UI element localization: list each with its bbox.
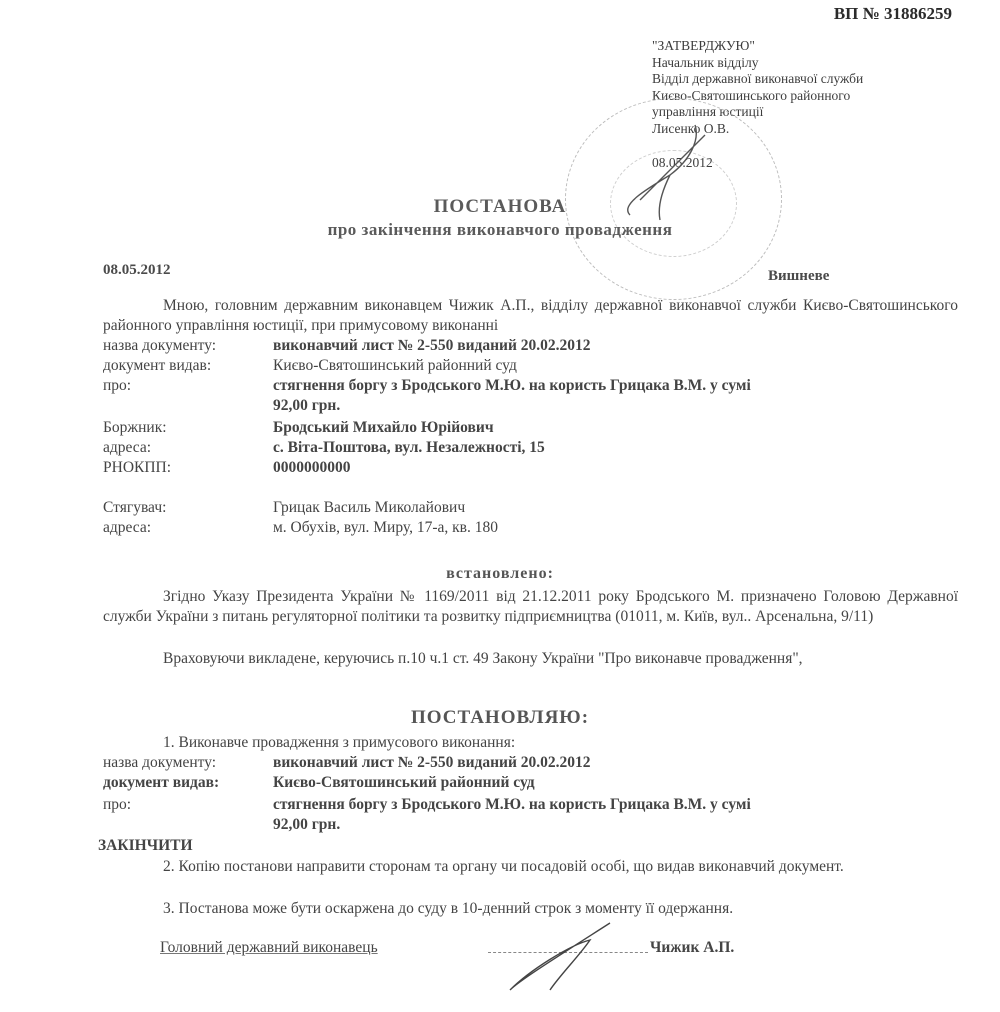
intro-paragraph: Мною, головним державним виконавцем Чижи…: [103, 296, 958, 335]
detail-value: с. Віта-Поштова, вул. Незалежності, 15: [273, 438, 545, 458]
detail-value: Києво-Святошинський районний суд: [273, 356, 517, 376]
detail-label: про:: [103, 795, 273, 815]
decree-detail-row: 92,00 грн.: [103, 815, 340, 835]
detail-value: Києво-Святошинський районний суд: [273, 773, 535, 793]
detail-label: адреса:: [103, 518, 273, 538]
approval-line: Начальник відділу: [652, 55, 863, 72]
detail-row: РНОКПП:0000000000: [103, 458, 351, 478]
detail-value: м. Обухів, вул. Миру, 17-а, кв. 180: [273, 518, 498, 538]
approval-line: Відділ державної виконавчої служби: [652, 71, 863, 88]
finish-label: ЗАКІНЧИТИ: [98, 836, 193, 856]
signature-name: Чижик А.П.: [650, 938, 734, 958]
decree-item-1: 1. Виконавче провадження з примусового в…: [163, 733, 515, 753]
detail-row: про:стягнення боргу з Бродського М.Ю. на…: [103, 376, 751, 396]
detail-label: Стягувач:: [103, 498, 273, 518]
document-number: ВП № 31886259: [834, 4, 952, 24]
detail-row: 92,00 грн.: [103, 396, 340, 416]
signature-position: Головний державний виконавець: [160, 938, 378, 958]
document-title: ПОСТАНОВА: [0, 196, 1000, 218]
detail-row: адреса:с. Віта-Поштова, вул. Незалежност…: [103, 438, 545, 458]
decree-heading: ПОСТАНОВЛЯЮ:: [0, 707, 1000, 729]
detail-label: назва документу:: [103, 753, 273, 773]
approval-line: "ЗАТВЕРДЖУЮ": [652, 38, 863, 55]
detail-row: Боржник:Бродський Михайло Юрійович: [103, 418, 494, 438]
detail-value: стягнення боргу з Бродського М.Ю. на кор…: [273, 376, 751, 396]
signature-icon: [490, 915, 640, 995]
established-heading: встановлено:: [0, 565, 1000, 583]
detail-value: 0000000000: [273, 458, 351, 478]
detail-row: документ видав:Києво-Святошинський район…: [103, 356, 517, 376]
detail-label: Боржник:: [103, 418, 273, 438]
decree-detail-row: назва документу:виконавчий лист № 2-550 …: [103, 753, 591, 773]
detail-row: адреса:м. Обухів, вул. Миру, 17-а, кв. 1…: [103, 518, 498, 538]
detail-row: Стягувач:Грицак Василь Миколайович: [103, 498, 465, 518]
established-paragraph: Враховуючи викладене, керуючись п.10 ч.1…: [103, 649, 958, 669]
detail-row: назва документу:виконавчий лист № 2-550 …: [103, 336, 591, 356]
detail-label: адреса:: [103, 438, 273, 458]
detail-label: РНОКПП:: [103, 458, 273, 478]
detail-value: виконавчий лист № 2-550 виданий 20.02.20…: [273, 336, 591, 356]
detail-value: Грицак Василь Миколайович: [273, 498, 465, 518]
decree-detail-row: про:стягнення боргу з Бродського М.Ю. на…: [103, 795, 751, 815]
document-date: 08.05.2012: [103, 262, 171, 279]
document-subtitle: про закінчення виконавчого провадження: [0, 220, 1000, 240]
detail-value: стягнення боргу з Бродського М.Ю. на кор…: [273, 795, 751, 815]
detail-label: назва документу:: [103, 336, 273, 356]
established-paragraph: Згідно Указу Президента України № 1169/2…: [103, 587, 958, 626]
detail-label: документ видав:: [103, 773, 273, 793]
detail-value: 92,00 грн.: [273, 815, 340, 835]
detail-label: про:: [103, 376, 273, 396]
document-place: Вишневе: [768, 268, 829, 285]
detail-label: документ видав:: [103, 356, 273, 376]
detail-value: Бродський Михайло Юрійович: [273, 418, 494, 438]
decree-detail-row: документ видав:Києво-Святошинський район…: [103, 773, 535, 793]
decree-item-3: 3. Постанова може бути оскаржена до суду…: [163, 899, 733, 919]
detail-value: 92,00 грн.: [273, 396, 340, 416]
detail-value: виконавчий лист № 2-550 виданий 20.02.20…: [273, 753, 591, 773]
decree-item-2: 2. Копію постанови направити сторонам та…: [103, 857, 958, 877]
